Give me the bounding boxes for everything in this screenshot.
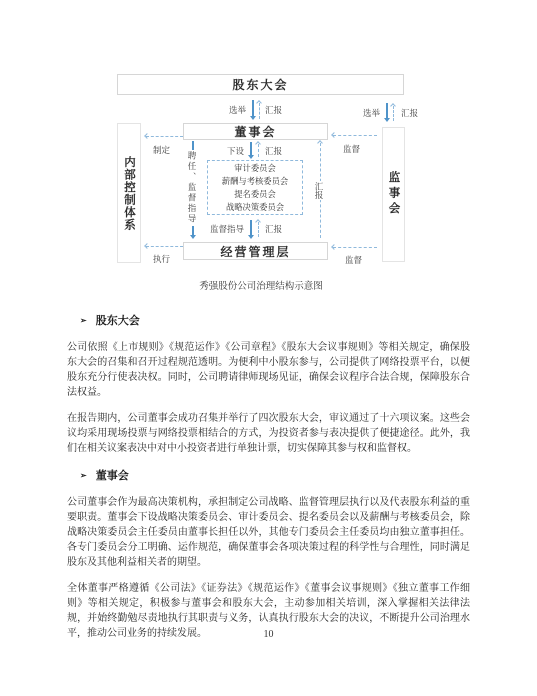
edge-label-supervise: 监督: [345, 254, 362, 266]
elect-down-arrow-line: [252, 100, 254, 117]
page-number: 10: [0, 629, 537, 640]
node-supervisory-board: 监事会: [382, 127, 405, 262]
edge-label-report: 汇报: [265, 223, 282, 235]
edge-label-supervise-guide: 监督指导: [194, 223, 244, 235]
edge-label-supervise: 监督: [343, 143, 360, 155]
supervise-arrow-line: [333, 247, 377, 248]
node-management-layer: 经营管理层: [183, 242, 328, 260]
committee-audit: 审计委员会: [208, 162, 302, 175]
supervise-guide-down-line: [250, 220, 252, 236]
section-heading-label: 股东大会: [96, 312, 140, 328]
node-board-of-directors: 董事会: [183, 123, 328, 140]
arrowhead-up-icon: [255, 141, 261, 147]
edge-label-report-vertical: 汇报: [314, 181, 324, 200]
edge-label-execute: 执行: [153, 253, 170, 265]
arrowhead-left-icon: [331, 132, 337, 138]
committee-strategy: 战略决策委员会: [208, 201, 302, 214]
edge-label-appoint-supervise-guide: 聘任、监督指导: [187, 150, 197, 226]
arrowhead-down-icon: [248, 235, 254, 239]
arrowhead-down-icon: [384, 118, 390, 122]
section-heading-label: 董事会: [96, 467, 129, 483]
section-heading-shareholders: ➢ 股东大会: [67, 312, 470, 328]
committees-box: 审计委员会 薪酬与考核委员会 提名委员会 战略决策委员会: [207, 160, 303, 215]
edge-label-elect: 选举: [210, 104, 246, 116]
arrowhead-down-icon: [250, 116, 256, 120]
edge-label-report: 汇报: [401, 107, 418, 119]
edge-label-report: 汇报: [265, 104, 282, 116]
arrowhead-left-icon: [331, 244, 337, 250]
figure-caption: 秀强股份公司治理结构示意图: [117, 278, 405, 292]
edge-label-formulate: 制定: [153, 144, 170, 156]
arrowhead-up-icon: [256, 100, 262, 106]
elect-down-arrow-line: [386, 103, 388, 119]
committee-nomination: 提名委员会: [208, 188, 302, 201]
paragraph: 在报告期内，公司董事会成功召集并举行了四次股东大会，审议通过了十六项议案。这些会…: [67, 411, 470, 456]
governance-structure-diagram: 股东大会 选举 汇报 选举 汇报 内部控制体系 监事会 董事会 制定 监督 聘任…: [0, 0, 537, 300]
edge-label-elect: 选举: [336, 107, 380, 119]
paragraph: 公司依照《上市规则》《规范运作》《公司章程》《股东大会议事规则》等相关规定，确保…: [67, 340, 470, 400]
arrowhead-bullet-icon: ➢: [80, 316, 87, 325]
setup-down-arrow-line: [250, 142, 252, 156]
arrowhead-down-icon: [248, 155, 254, 159]
arrowhead-up-icon: [317, 140, 323, 146]
execute-arrow-line: [146, 246, 183, 247]
document-page: { "diagram": { "caption": "秀强股份公司治理结构示意图…: [0, 0, 537, 696]
committee-remuneration: 薪酬与考核委员会: [208, 175, 302, 188]
formulate-arrow-line: [146, 136, 183, 137]
arrowhead-bullet-icon: ➢: [80, 471, 87, 480]
supervise-arrow-line: [333, 135, 377, 136]
node-shareholders-meeting: 股东大会: [117, 74, 404, 95]
arrowhead-down-icon: [190, 235, 196, 239]
arrowhead-up-icon: [390, 103, 396, 109]
document-body: ➢ 股东大会 公司依照《上市规则》《规范运作》《公司章程》《股东大会议事规则》等…: [67, 312, 470, 652]
arrowhead-up-icon: [255, 219, 261, 225]
arrowhead-left-icon: [144, 133, 150, 139]
paragraph: 公司董事会作为最高决策机构，承担制定公司战略、监督管理层执行以及代表股东利益的重…: [67, 495, 470, 570]
edge-label-report: 汇报: [265, 145, 282, 157]
edge-label-set-up: 下设: [208, 145, 244, 157]
arrowhead-left-icon: [144, 243, 150, 249]
section-heading-board: ➢ 董事会: [67, 467, 470, 483]
node-internal-control-system: 内部控制体系: [117, 123, 141, 263]
